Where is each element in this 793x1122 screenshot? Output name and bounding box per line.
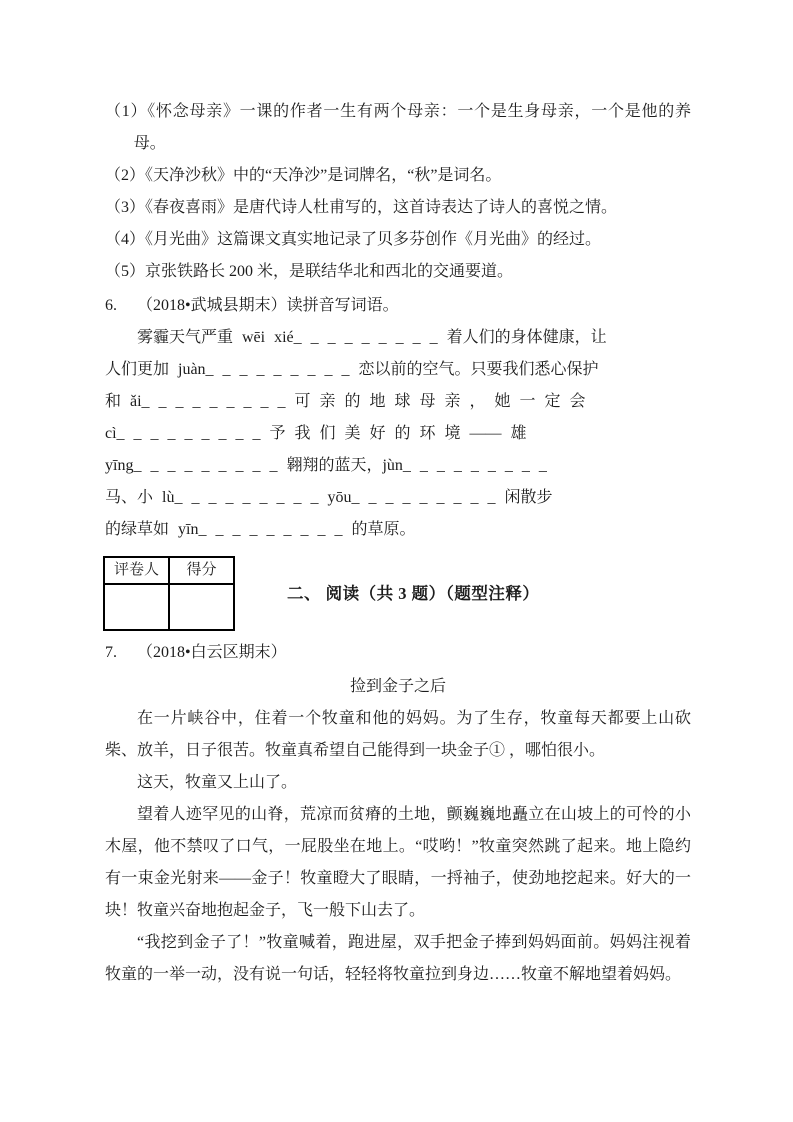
q5-item-1-num: （1） <box>105 103 147 120</box>
q5-item-2: （2）《天净沙秋》中的“天净沙”是词牌名，“秋”是词名。 <box>105 160 691 192</box>
passage-body: 在一片峡谷中，住着一个牧童和他的妈妈。为了生存，牧童每天都要上山砍柴、放羊，日子… <box>105 703 691 991</box>
question-7-header: 7.（2018•白云区期末） <box>105 637 691 669</box>
q5-item-1: （1）《怀念母亲》一课的作者一生有两个母亲：一个是生身母亲，一个是他的养母。 <box>105 96 691 160</box>
question-7-source: （2018•白云区期末） <box>137 644 287 661</box>
passage-paragraph: 这天，牧童又上山了。 <box>105 767 691 799</box>
question-5-items: （1）《怀念母亲》一课的作者一生有两个母亲：一个是生身母亲，一个是他的养母。 （… <box>105 96 691 288</box>
q5-item-3-num: （3） <box>105 199 145 216</box>
passage-paragraph: “我挖到金子了！”牧童喊着，跑进屋，双手把金子捧到妈妈面前。妈妈注视着牧童的一举… <box>105 927 691 991</box>
score-table-score-cell <box>169 584 234 630</box>
q5-item-5-text: 京张铁路长 200 米，是联结华北和西北的交通要道。 <box>145 263 513 280</box>
section-2-header-row: 评卷人 得分 二、 阅读（共 3 题）（题型注释） <box>103 556 691 631</box>
pinyin-blank-line: 雾霾天气严重 wēi xié_ _ _ _ _ _ _ _ _ 着人们的身体健康… <box>105 322 691 354</box>
pinyin-blank-line: yīng_ _ _ _ _ _ _ _ _ 翱翔的蓝天，jùn_ _ _ _ _… <box>105 450 691 482</box>
question-6-source: （2018•武城县期末）读拼音写词语。 <box>137 297 399 314</box>
pinyin-blank-line: 马、小 lù_ _ _ _ _ _ _ _ _ yōu_ _ _ _ _ _ _… <box>105 482 691 514</box>
pinyin-blank-line: 的绿草如 yīn_ _ _ _ _ _ _ _ _ 的草原。 <box>105 514 691 546</box>
q5-item-3-text: 《春夜喜雨》是唐代诗人杜甫写的，这首诗表达了诗人的喜悦之情。 <box>145 199 617 216</box>
exam-content: （1）《怀念母亲》一课的作者一生有两个母亲：一个是生身母亲，一个是他的养母。 （… <box>105 96 691 991</box>
passage-title: 捡到金子之后 <box>105 671 691 703</box>
question-6-number: 6. <box>105 290 117 322</box>
q5-item-5: （5）京张铁路长 200 米，是联结华北和西北的交通要道。 <box>105 256 691 288</box>
exam-page: （1）《怀念母亲》一课的作者一生有两个母亲：一个是生身母亲，一个是他的养母。 （… <box>0 0 793 1122</box>
score-table-grader-header: 评卷人 <box>104 557 169 584</box>
q5-item-4-num: （4） <box>105 231 145 248</box>
passage-paragraph: 望着人迹罕见的山脊，荒凉而贫瘠的土地，颤巍巍地矗立在山坡上的可怜的小木屋，他不禁… <box>105 799 691 927</box>
section-2-title: 二、 阅读（共 3 题）（题型注释） <box>287 577 539 610</box>
pinyin-blank-line: cì_ _ _ _ _ _ _ _ _ 予 我 们 美 好 的 环 境 —— 雄 <box>105 418 691 450</box>
score-table: 评卷人 得分 <box>103 556 235 631</box>
question-6-pinyin-exercise: 雾霾天气严重 wēi xié_ _ _ _ _ _ _ _ _ 着人们的身体健康… <box>105 322 691 546</box>
q5-item-4: （4）《月光曲》这篇课文真实地记录了贝多芬创作《月光曲》的经过。 <box>105 224 691 256</box>
q5-item-2-num: （2） <box>105 167 145 184</box>
pinyin-blank-line: 和 ǎi_ _ _ _ _ _ _ _ _ 可 亲 的 地 球 母 亲 ， 她 … <box>105 386 691 418</box>
passage-paragraph: 在一片峡谷中，住着一个牧童和他的妈妈。为了生存，牧童每天都要上山砍柴、放羊，日子… <box>105 703 691 767</box>
score-table-score-header: 得分 <box>169 557 234 584</box>
question-6-header: 6.（2018•武城县期末）读拼音写词语。 <box>105 290 691 322</box>
pinyin-blank-line: 人们更加 juàn_ _ _ _ _ _ _ _ _ 恋以前的空气。只要我们悉心… <box>105 354 691 386</box>
score-table-grader-cell <box>104 584 169 630</box>
q5-item-3: （3）《春夜喜雨》是唐代诗人杜甫写的，这首诗表达了诗人的喜悦之情。 <box>105 192 691 224</box>
q5-item-5-num: （5） <box>105 263 145 280</box>
q5-item-2-text: 《天净沙秋》中的“天净沙”是词牌名，“秋”是词名。 <box>145 167 501 184</box>
q5-item-1-text: 《怀念母亲》一课的作者一生有两个母亲：一个是生身母亲，一个是他的养母。 <box>134 103 691 152</box>
q5-item-4-text: 《月光曲》这篇课文真实地记录了贝多芬创作《月光曲》的经过。 <box>145 231 601 248</box>
question-7-number: 7. <box>105 637 117 669</box>
